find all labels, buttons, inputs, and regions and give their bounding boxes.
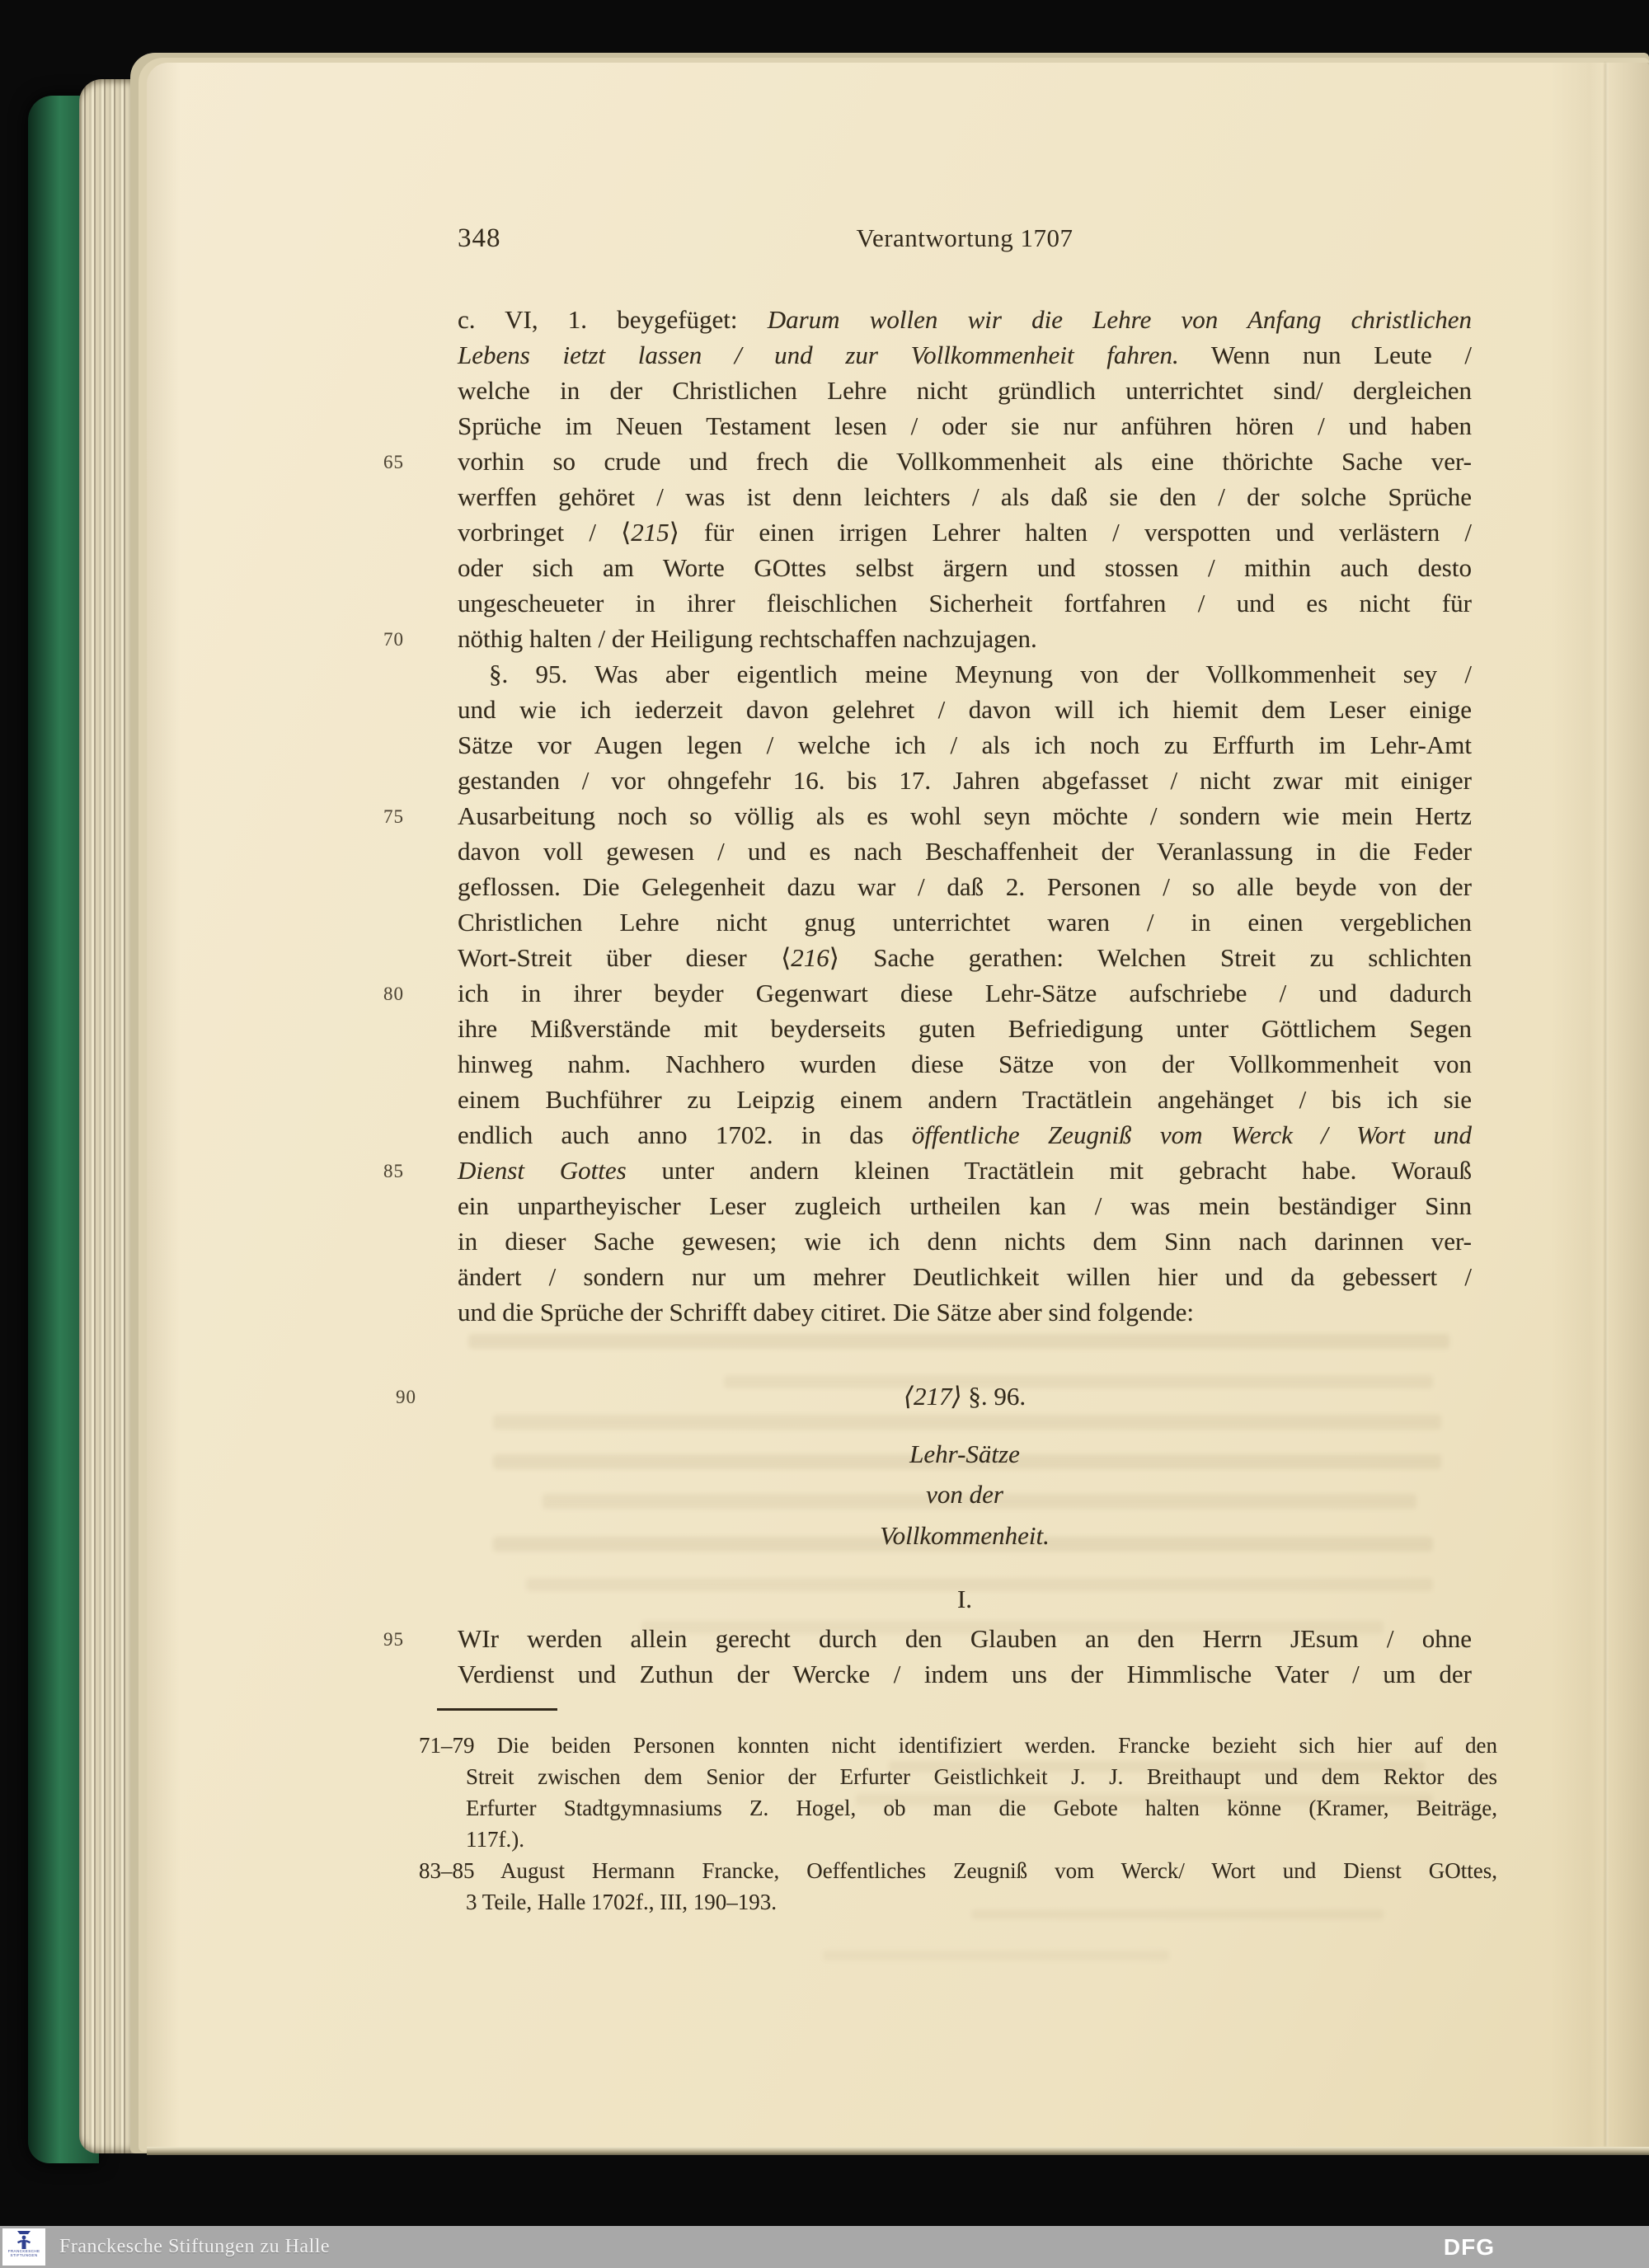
text-line: einem Buchführer zu Leipzig einem andern… [458, 1082, 1472, 1117]
text-line: 75Ausarbeitung noch so völlig als es woh… [458, 798, 1472, 833]
italic-text-segment: Dienst Gottes [458, 1156, 627, 1185]
text-line: und die Sprüche der Schrifft dabey citir… [458, 1294, 1472, 1330]
text-segment: davon voll gewesen / und es nach Beschaf… [458, 837, 1472, 866]
text-segment: Wort-Streit über dieser ⟨ [458, 943, 791, 972]
text-segment: vorhin so crude und frech die Vollkommen… [458, 447, 1472, 476]
text-line: 70nöthig halten / der Heiligung rechtsch… [458, 621, 1472, 656]
text-line: hinweg nahm. Nachhero wurden diese Sätze… [458, 1046, 1472, 1082]
text-segment: §. 96. [968, 1382, 1026, 1411]
text-line: Christlichen Lehre nicht gnug unterricht… [458, 904, 1472, 940]
logo-text-line2: STIFTUNGEN [10, 2254, 37, 2258]
line-number: 90 [383, 1378, 429, 1414]
line-number: 75 [383, 798, 429, 833]
text-segment: geflossen. Die Gelegenheit dazu war / da… [458, 872, 1472, 901]
text-line: Vollkommenheit. [458, 1518, 1472, 1553]
text-line: davon voll gewesen / und es nach Beschaf… [458, 833, 1472, 869]
text-line: endlich auch anno 1702. in das öffentlic… [458, 1117, 1472, 1153]
line-number: 70 [383, 621, 429, 656]
text-segment: c. VI, 1. beygefüget: [458, 305, 768, 334]
italic-text-segment: Lebens ietzt lassen / und zur Vollkommen… [458, 340, 1179, 369]
text-segment: ⟩ für einen irrigen Lehrer halten / vers… [669, 518, 1472, 547]
text-segment: I. [957, 1585, 972, 1613]
italic-text-segment: 216 [791, 943, 829, 972]
text-segment: und wie ich iederzeit davon gelehret / d… [458, 695, 1472, 724]
baldachin-eagle-icon [13, 2230, 35, 2250]
text-line: ändert / sondern nur um mehrer Deutlichk… [458, 1259, 1472, 1294]
text-line: Lebens ietzt lassen / und zur Vollkommen… [458, 337, 1472, 373]
viewer-footer-bar: FRANCKESCHE STIFTUNGEN Franckesche Stift… [0, 2226, 1649, 2268]
italic-text-segment: Darum wollen wir die Lehre von Anfang ch… [768, 305, 1472, 334]
text-segment: vorbringet / ⟨ [458, 518, 631, 547]
text-segment: endlich auch anno 1702. in das [458, 1120, 912, 1149]
text-line: §. 95. Was aber eigentlich meine Meynung… [458, 656, 1472, 692]
text-line: ein unpartheyischer Leser zugleich urthe… [458, 1188, 1472, 1223]
book-page: 348 Verantwortung 1707 c. VI, 1. beygefü… [147, 63, 1649, 2147]
text-segment: werffen gehöret / was ist denn leichters… [458, 482, 1472, 511]
text-line: Wort-Streit über dieser ⟨216⟩ Sache gera… [458, 940, 1472, 975]
text-line: 85Dienst Gottes unter andern kleinen Tra… [458, 1153, 1472, 1188]
text-line: Lehr-Sätze [458, 1436, 1472, 1472]
text-line: I. [458, 1581, 1472, 1617]
gutter-crease [1604, 63, 1608, 2147]
italic-text-segment: von der [926, 1480, 1003, 1509]
text-line: 90⟨217⟩ §. 96. [458, 1378, 1472, 1414]
text-segment: in dieser Sache gewesen; wie ich denn ni… [458, 1227, 1472, 1256]
text-segment: §. 95. Was aber eigentlich meine Meynung… [489, 660, 1472, 688]
text-line: und wie ich iederzeit davon gelehret / d… [458, 692, 1472, 727]
text-segment: und die Sprüche der Schrifft dabey citir… [458, 1298, 1194, 1327]
line-number: 85 [383, 1153, 429, 1188]
line-number: 65 [383, 444, 429, 479]
italic-text-segment: 215 [631, 518, 669, 547]
text-segment: welche in der Christlichen Lehre nicht g… [458, 376, 1472, 405]
dfg-logo: DFG [1444, 2226, 1495, 2268]
text-line: c. VI, 1. beygefüget: Darum wollen wir d… [458, 302, 1472, 337]
text-segment: ⟩ Sache gerathen: Welchen Streit zu schl… [829, 943, 1472, 972]
footnote-line: 71–79 Die beiden Personen konnten nicht … [419, 1730, 1497, 1761]
text-line: Sätze vor Augen legen / welche ich / als… [458, 727, 1472, 763]
text-segment: ändert / sondern nur um mehrer Deutlichk… [458, 1262, 1472, 1291]
text-segment: unter andern kleinen Tractätlein mit geb… [627, 1156, 1472, 1185]
text-line: ungescheueter in ihrer fleischlichen Sic… [458, 585, 1472, 621]
footnote-line: 83–85 August Hermann Francke, Oeffentlic… [419, 1855, 1497, 1886]
footnote-line: Erfurter Stadtgymnasiums Z. Hogel, ob ma… [466, 1792, 1497, 1824]
text-segment: Ausarbeitung noch so völlig als es wohl … [458, 801, 1472, 830]
text-line: 95WIr werden allein gerecht durch den Gl… [458, 1621, 1472, 1656]
institution-name: Franckesche Stiftungen zu Halle [59, 2226, 330, 2268]
text-segment: Christlichen Lehre nicht gnug unterricht… [458, 908, 1472, 937]
italic-text-segment: Vollkommenheit. [880, 1521, 1050, 1550]
text-line: werffen gehöret / was ist denn leichters… [458, 479, 1472, 514]
text-line: 65vorhin so crude und frech die Vollkomm… [458, 444, 1472, 479]
text-segment: Verdienst und Zuthun der Wercke / indem … [458, 1660, 1472, 1688]
text-line: vorbringet / ⟨215⟩ für einen irrigen Leh… [458, 514, 1472, 550]
text-line: in dieser Sache gewesen; wie ich denn ni… [458, 1223, 1472, 1259]
text-line: oder sich am Worte GOttes selbst ärgern … [458, 550, 1472, 585]
text-segment: Wenn nun Leute / [1179, 340, 1472, 369]
text-segment: ihre Mißverstände mit beyderseits guten … [458, 1014, 1472, 1043]
text-segment: nöthig halten / der Heiligung rechtschaf… [458, 624, 1037, 653]
italic-text-segment: ⟨217⟩ [904, 1382, 968, 1411]
line-number: 95 [383, 1621, 429, 1656]
text-segment: einem Buchführer zu Leipzig einem andern… [458, 1085, 1472, 1114]
text-line: 80ich in ihrer beyder Gegenwart diese Le… [458, 975, 1472, 1011]
text-line: welche in der Christlichen Lehre nicht g… [458, 373, 1472, 408]
text-segment: hinweg nahm. Nachhero wurden diese Sätze… [458, 1049, 1472, 1078]
text-segment: Sprüche im Neuen Testament lesen / oder … [458, 411, 1472, 440]
text-line: gestanden / vor ohngefehr 16. bis 17. Ja… [458, 763, 1472, 798]
text-line: Sprüche im Neuen Testament lesen / oder … [458, 408, 1472, 444]
text-segment: ungescheueter in ihrer fleischlichen Sic… [458, 589, 1472, 617]
footnote-line: 3 Teile, Halle 1702f., III, 190–193. [466, 1886, 1497, 1918]
scanned-book-page-viewer: { "header": { "page_number": "348", "run… [0, 0, 1649, 2268]
text-segment: WIr werden allein gerecht durch den Glau… [458, 1624, 1472, 1653]
text-segment: ich in ihrer beyder Gegenwart diese Lehr… [458, 979, 1472, 1007]
page-bottom-edge [147, 2147, 1649, 2155]
page-text-block: c. VI, 1. beygefüget: Darum wollen wir d… [147, 63, 1649, 2147]
text-line: Verdienst und Zuthun der Wercke / indem … [458, 1656, 1472, 1692]
italic-text-segment: öffentliche Zeugniß vom Werck / Wort und [912, 1120, 1472, 1149]
text-line: ihre Mißverstände mit beyderseits guten … [458, 1011, 1472, 1046]
footnote-line: Streit zwischen dem Senior der Erfurter … [466, 1761, 1497, 1792]
text-segment: ein unpartheyischer Leser zugleich urthe… [458, 1191, 1472, 1220]
footnote-line: 117f.). [466, 1824, 1497, 1855]
text-segment: gestanden / vor ohngefehr 16. bis 17. Ja… [458, 766, 1472, 795]
text-line: geflossen. Die Gelegenheit dazu war / da… [458, 869, 1472, 904]
footnote-separator-rule [437, 1708, 557, 1711]
italic-text-segment: Lehr-Sätze [909, 1439, 1020, 1468]
line-number: 80 [383, 975, 429, 1011]
text-line: von der [458, 1477, 1472, 1512]
text-segment: oder sich am Worte GOttes selbst ärgern … [458, 553, 1472, 582]
text-segment: Sätze vor Augen legen / welche ich / als… [458, 730, 1472, 759]
franckesche-stiftungen-logo: FRANCKESCHE STIFTUNGEN [2, 2228, 45, 2266]
